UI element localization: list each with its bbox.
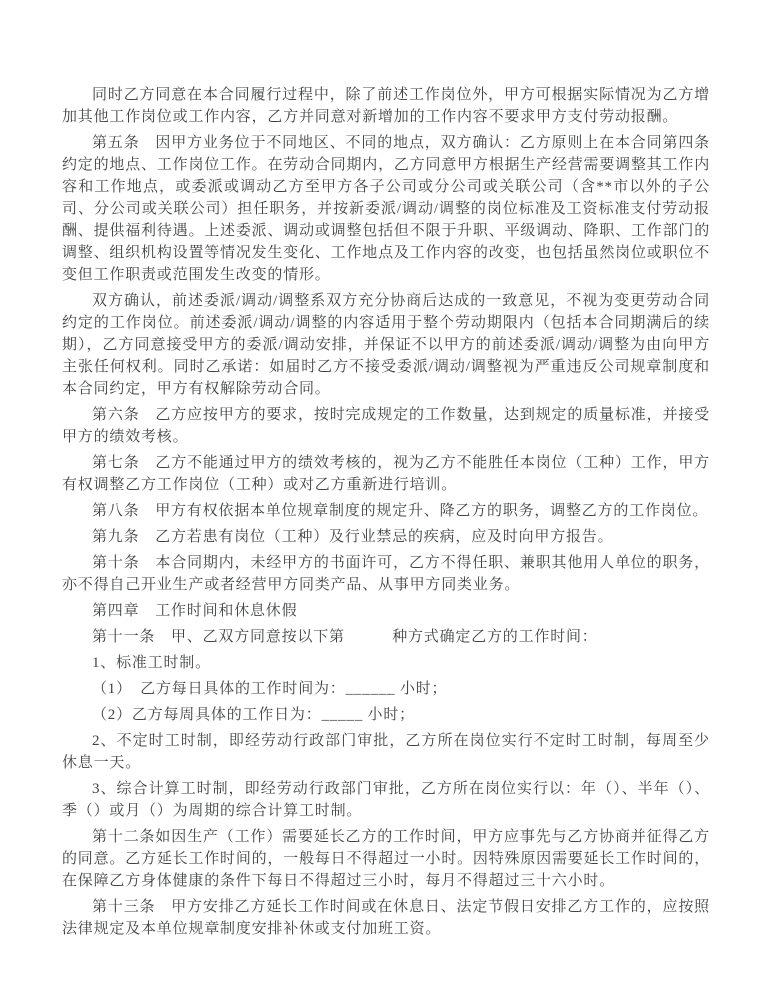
paragraph: 第七条 乙方不能通过甲方的绩效考核的，视为乙方不能胜任本岗位（工种）工作，甲方有… <box>62 452 710 496</box>
paragraph: 第十条 本合同期内，未经甲方的书面许可，乙方不得任职、兼职其他用人单位的职务，亦… <box>62 552 710 596</box>
paragraph: （1） 乙方每日具体的工作时间为：______ 小时； <box>62 678 710 700</box>
paragraph: 第十一条 甲、乙双方同意按以下第 种方式确定乙方的工作时间： <box>62 626 710 648</box>
document-page: 同时乙方同意在本合同履行过程中，除了前述工作岗位外，甲方可根据实际情况为乙方增加… <box>0 0 770 1000</box>
document-body: 同时乙方同意在本合同履行过程中，除了前述工作岗位外，甲方可根据实际情况为乙方增加… <box>62 84 710 944</box>
paragraph: 2、不定时工时制，即经劳动行政部门审批，乙方所在岗位实行不定时工时制，每周至少休… <box>62 730 710 774</box>
paragraph: 双方确认，前述委派/调动/调整系双方充分协商后达成的一致意见，不视为变更劳动合同… <box>62 290 710 400</box>
paragraph: 第十三条 甲方安排乙方延长工作时间或在休息日、法定节假日安排乙方工作的，应按照法… <box>62 896 710 940</box>
paragraph: 第四章 工作时间和休息休假 <box>62 600 710 622</box>
paragraph: 第五条 因甲方业务位于不同地区、不同的地点，双方确认：乙方原则上在本合同第四条约… <box>62 132 710 286</box>
paragraph: 同时乙方同意在本合同履行过程中，除了前述工作岗位外，甲方可根据实际情况为乙方增加… <box>62 84 710 128</box>
paragraph: 1、标准工时制。 <box>62 652 710 674</box>
paragraph: 第六条 乙方应按甲方的要求，按时完成规定的工作数量，达到规定的质量标准，并接受甲… <box>62 404 710 448</box>
paragraph: 第十二条如因生产（工作）需要延长乙方的工作时间，甲方应事先与乙方协商并征得乙方的… <box>62 826 710 892</box>
paragraph: （2）乙方每周具体的工作日为：_____ 小时； <box>62 704 710 726</box>
paragraph: 第九条 乙方若患有岗位（工种）及行业禁忌的疾病，应及时向甲方报告。 <box>62 526 710 548</box>
paragraph: 第八条 甲方有权依据本单位规章制度的规定升、降乙方的职务，调整乙方的工作岗位。 <box>62 500 710 522</box>
paragraph: 3、综合计算工时制，即经劳动行政部门审批，乙方所在岗位实行以：年（）、半年（）、… <box>62 778 710 822</box>
